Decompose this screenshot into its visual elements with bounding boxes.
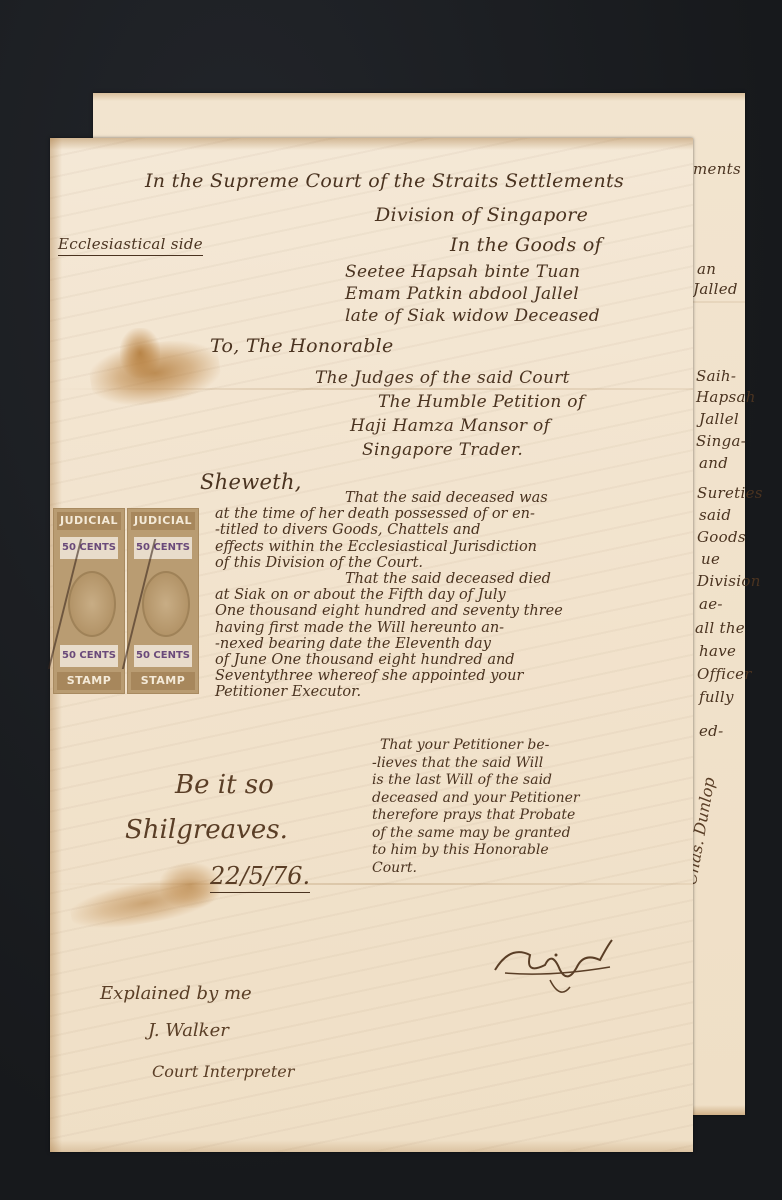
margin-fragment: Hapsah [696, 389, 756, 405]
petitioner-name: Haji Hamza Mansor of [350, 418, 550, 434]
body-line: Seventythree whereof she appointed your [215, 668, 685, 684]
judicial-stamps: JUDICIAL 50 CENTS 50 CENTS STAMP JUDICIA… [53, 508, 201, 694]
paper-edge [93, 93, 745, 101]
body-line: at Siak on or about the Fifth day of Jul… [215, 587, 685, 603]
prayer-line: deceased and your Petitioner [372, 790, 692, 808]
ecclesiastical-side-label: Ecclesiastical side [58, 235, 203, 256]
prayer-line: of the same may be granted [372, 825, 692, 843]
in-the-goods-of: In the Goods of [450, 234, 602, 256]
margin-fragment: and [699, 455, 728, 471]
petitioner-occupation: Singapore Trader. [362, 442, 523, 458]
endorsement-date: 22/5/76. [210, 862, 310, 893]
stamp-header: JUDICIAL [131, 512, 195, 530]
stamp-footer: STAMP [131, 672, 195, 690]
margin-fragment: Sureties [697, 485, 763, 501]
deceased-name-2: Emam Patkin abdool Jallel [345, 286, 579, 302]
margin-fragment: Officer [697, 666, 752, 682]
margin-fragment: ue [701, 551, 720, 567]
prayer-line: Court. [372, 860, 692, 878]
water-stain [120, 328, 160, 378]
petition-prayer: That your Petitioner be- -lieves that th… [372, 737, 692, 877]
body-line: of this Division of the Court. [215, 555, 685, 571]
body-line: of June One thousand eight hundred and [215, 652, 685, 668]
body-line: -titled to divers Goods, Chattels and [215, 522, 685, 538]
court-heading: In the Supreme Court of the Straits Sett… [145, 170, 624, 192]
margin-fragment: Saih- [696, 368, 736, 384]
body-line: having first made the Will hereunto an- [215, 620, 685, 636]
address-judges: The Judges of the said Court [315, 370, 570, 386]
body-line: Petitioner Executor. [215, 684, 685, 700]
margin-fragment: Goods [697, 529, 746, 545]
margin-fragment: have [699, 643, 736, 659]
deceased-description: late of Siak widow Deceased [345, 308, 600, 324]
body-line: effects within the Ecclesiastical Jurisd… [215, 539, 685, 555]
paper-edge [50, 138, 693, 150]
petition-body: That the said deceased was at the time o… [215, 490, 685, 700]
stamp-value: 50 CENTS [60, 645, 118, 667]
body-line: One thousand eight hundred and seventy t… [215, 603, 685, 619]
humble-petition: The Humble Petition of [378, 394, 584, 410]
judicial-stamp: JUDICIAL 50 CENTS 50 CENTS STAMP [127, 508, 199, 694]
margin-fragment: Jallel [699, 411, 739, 427]
deceased-name-1: Seetee Hapsah binte Tuan [345, 264, 580, 280]
judicial-stamp: JUDICIAL 50 CENTS 50 CENTS STAMP [53, 508, 125, 694]
prayer-line: -lieves that the said Will [372, 755, 692, 773]
margin-fragment: Division [697, 573, 761, 589]
division-heading: Division of Singapore [375, 204, 588, 226]
margin-fragment: Singa- [696, 433, 746, 449]
body-line: That the said deceased died [215, 571, 685, 587]
ecclesiastical-side-note: Ecclesiastical side [58, 236, 203, 252]
prayer-line: to him by this Honorable [372, 842, 692, 860]
body-line: at the time of her death possessed of or… [215, 506, 685, 522]
margin-fragment: fully [699, 689, 734, 705]
margin-fragment: ed- [699, 723, 723, 739]
margin-fragment: ae- [699, 596, 723, 612]
attestation-signature: J. Walker [148, 1020, 229, 1041]
body-line: That the said deceased was [215, 490, 685, 506]
prayer-line: That your Petitioner be- [372, 737, 692, 755]
address-to: To, The Honorable [210, 335, 394, 357]
paper-edge [50, 1140, 693, 1152]
prayer-line: therefore prays that Probate [372, 807, 692, 825]
stamp-value: 50 CENTS [134, 645, 192, 667]
endorsement-be-it-so: Be it so [175, 770, 274, 800]
margin-fragment: said [699, 507, 731, 523]
margin-fragment: all the [695, 620, 745, 636]
prayer-line: is the last Will of the said [372, 772, 692, 790]
body-line: -nexed bearing date the Eleventh day [215, 636, 685, 652]
stamp-footer: STAMP [57, 672, 121, 690]
margin-fragment: ments [693, 161, 741, 177]
attestation-explained: Explained by me [100, 983, 252, 1004]
margin-fragment: Jalled [693, 281, 738, 297]
petitioner-jawi-signature [490, 925, 620, 1005]
attestation-title: Court Interpreter [152, 1062, 294, 1081]
margin-fragment: an [697, 261, 716, 277]
endorsement-signature: Shilgreaves. [125, 815, 288, 845]
stamp-header: JUDICIAL [57, 512, 121, 530]
